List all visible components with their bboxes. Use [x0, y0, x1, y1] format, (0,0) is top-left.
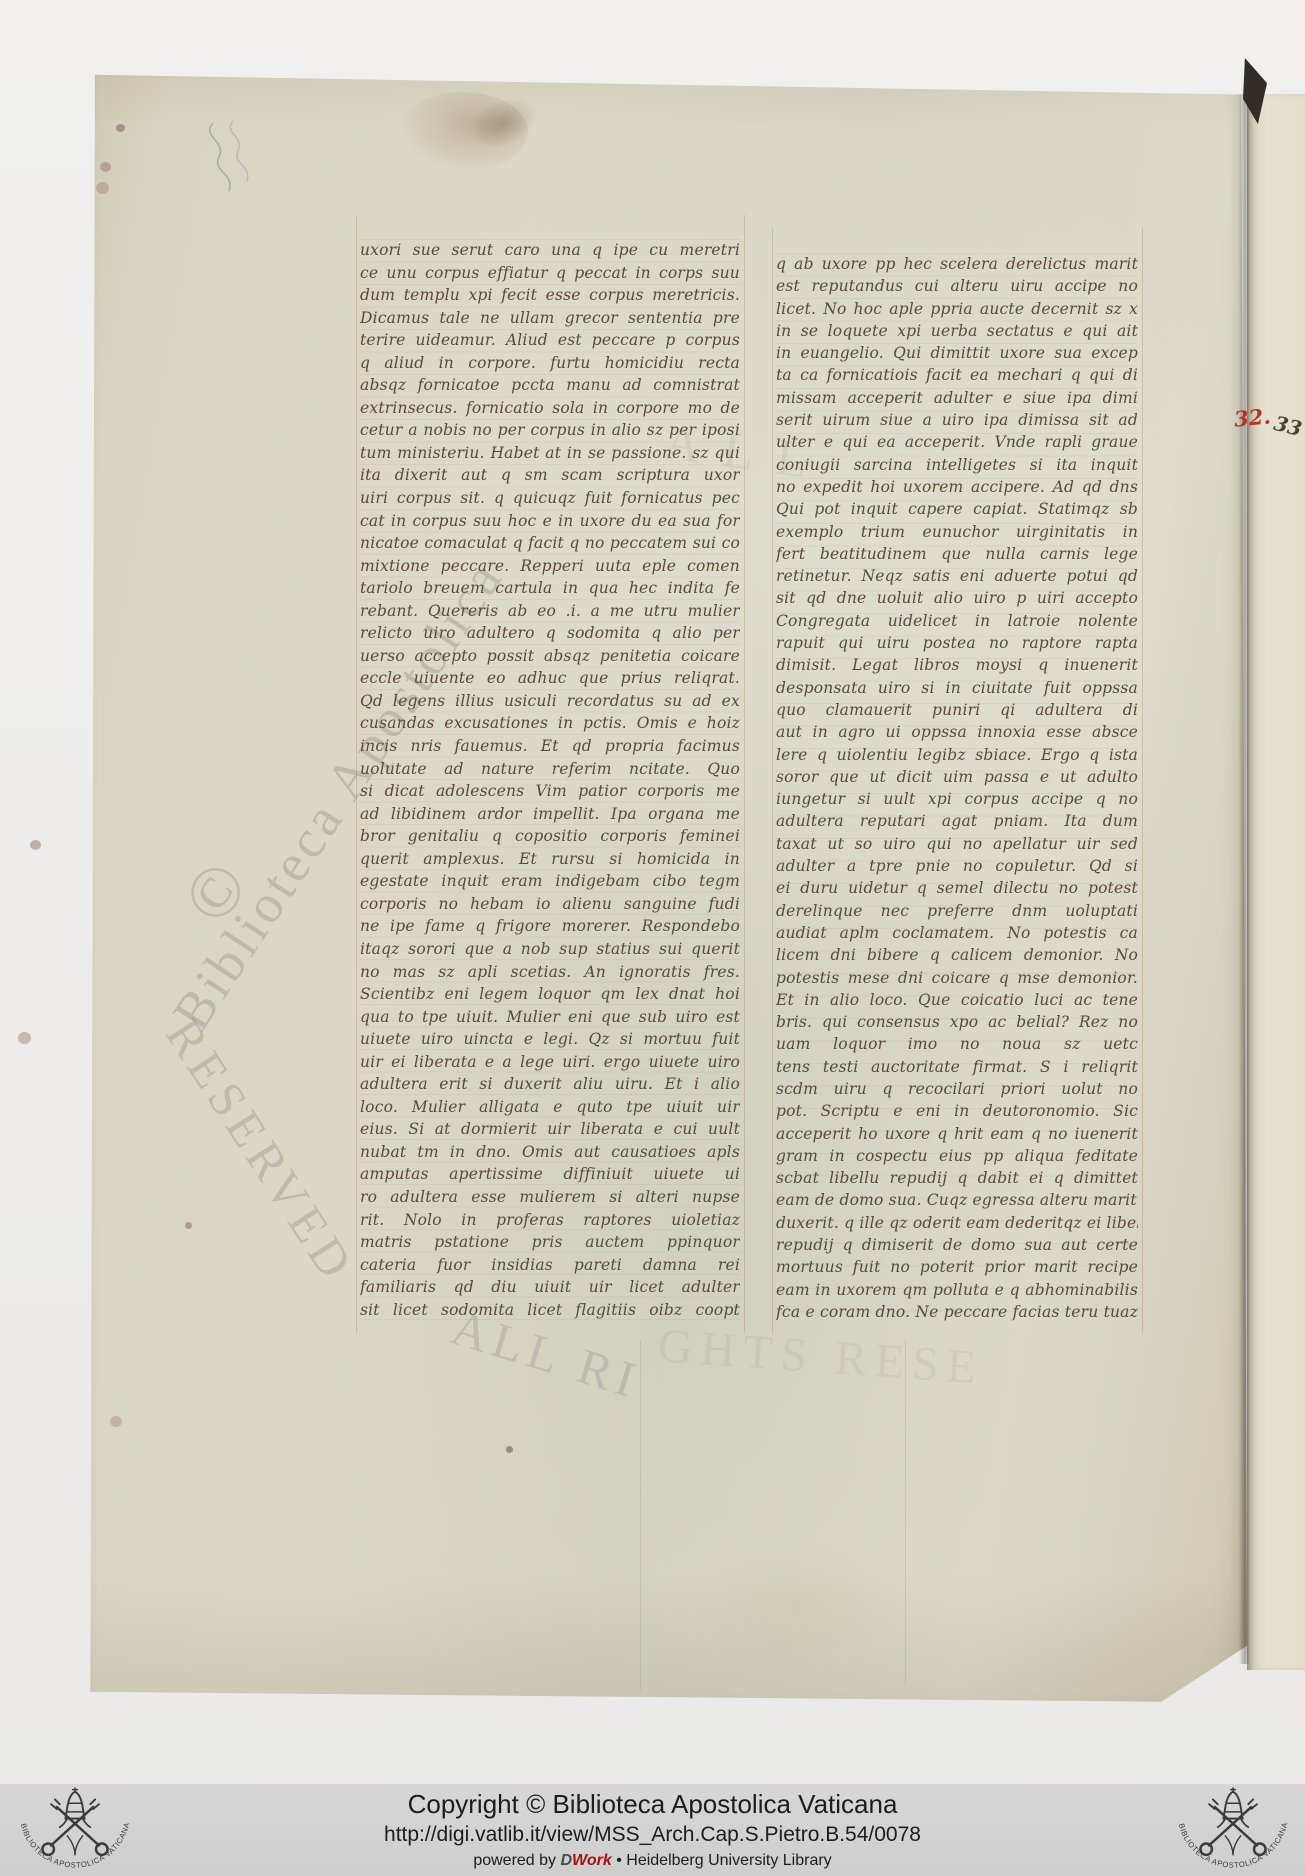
manuscript-line: fca e coram dno. Ne peccare facias teru …: [776, 1301, 1138, 1323]
manuscript-line: itaqz sorori que a nob sup statius sui q…: [360, 938, 740, 961]
manuscript-line: scdm uiru q recocilari priori uolut no: [776, 1078, 1138, 1100]
manuscript-line: dum templu xpi fecit esse corpus meretri…: [360, 284, 740, 307]
manuscript-line: no expedit hoi uxorem accipere. Ad qd dn…: [776, 476, 1138, 498]
manuscript-line: desponsata uiro si in ciuitate fuit opps…: [776, 677, 1138, 699]
footer-url-text: http://digi.vatlib.it/view/MSS_Arch.Cap.…: [0, 1823, 1305, 1847]
manuscript-line: in se loquete xpi uerba sectatus e qui a…: [776, 320, 1138, 342]
manuscript-line: Qd legens illius usiculi recordatus su a…: [360, 690, 740, 713]
manuscript-line: ne ipe fame q frigore morerer. Respondeb…: [360, 915, 740, 938]
manuscript-line: rit. Nolo in proferas raptores uioletiaz: [360, 1209, 740, 1232]
manuscript-line: duxerit. q ille qz oderit eam dederitqz …: [776, 1212, 1138, 1234]
manuscript-line: uolutate ad nature referim ncitate. Quo: [360, 758, 740, 781]
manuscript-line: pot. Scriptu e eni in deutoronomio. Sic: [776, 1100, 1138, 1122]
manuscript-line: rebant. Quereris ab eo .i. a me utru mul…: [360, 600, 740, 623]
manuscript-line: acceperit ho uxore q hrit eam q no iuene…: [776, 1123, 1138, 1145]
stain-spot: [30, 840, 41, 850]
manuscript-line: ce unu corpus effiatur q peccat in corps…: [360, 262, 740, 285]
ruling-line: [772, 228, 773, 1333]
manuscript-line: eccle uiuente eo adhuc que prius reliqra…: [360, 667, 740, 690]
manuscript-line: soror que ut dicit uim passa e ut adulto: [776, 766, 1138, 788]
footer-copyright-band: BIBLIOTECA APOSTOLICA VATICANA BIBLIOTEC…: [0, 1784, 1305, 1876]
manuscript-line: sit licet sodomita licet flagitiis oibz …: [360, 1299, 740, 1322]
manuscript-line: loco. Mulier alligata e quto tpe uiuit u…: [360, 1096, 740, 1119]
manuscript-line: Congregata uidelicet in latroie nolente: [776, 610, 1138, 632]
manuscript-line: exemplo trium eunuchor uirginitatis in: [776, 521, 1138, 543]
manuscript-line: quo clamauerit puniri qi adultera di: [776, 699, 1138, 721]
manuscript-line: egestate inquit eram indigebam cibo tegm: [360, 870, 740, 893]
manuscript-line: lere q uiolentiu legibz sbiace. Ergo q i…: [776, 744, 1138, 766]
manuscript-line: tens testi auctoritate firmat. S i reliq…: [776, 1056, 1138, 1078]
stain-spot: [18, 1032, 31, 1044]
manuscript-line: dimisit. Legat libros moysi q inuenerit: [776, 654, 1138, 676]
manuscript-line: bror genitaliu q copositio corporis femi…: [360, 825, 740, 848]
manuscript-line: sit qd dne uoluit alio uiro p uiri accep…: [776, 587, 1138, 609]
manuscript-left-column: uxori sue serut caro una q ipe cu meretr…: [360, 239, 740, 1321]
manuscript-line: uam loquor imo no noua sz uetc: [776, 1033, 1138, 1055]
dwork-logo-work: Work: [572, 1852, 612, 1869]
manuscript-line: uir ei liberata e a lege uiri. ergo uiue…: [360, 1051, 740, 1074]
manuscript-line: scbat libellu repudij q dabit ei q dimit…: [776, 1167, 1138, 1189]
manuscript-right-column: q ab uxore pp hec scelera derelictus mar…: [776, 253, 1138, 1323]
manuscript-line: si dicat adolescens Vim patior corporis …: [360, 780, 740, 803]
parchment-crease: [640, 1340, 641, 1690]
manuscript-line: cateria fuor insidias pareti damna rei: [360, 1254, 740, 1277]
manuscript-line: relicto uiro adultero q sodomita q alio …: [360, 622, 740, 645]
ruling-line: [1142, 228, 1143, 1333]
manuscript-line: repudij q dimiserit de domo sua aut cert…: [776, 1234, 1138, 1256]
manuscript-line: terire uideamur. Aliud est peccare p cor…: [360, 329, 740, 352]
manuscript-line: Dicamus tale ne ullam grecor sententia p…: [360, 307, 740, 330]
manuscript-line: Scientibz eni legem loquor qm lex dnat h…: [360, 983, 740, 1006]
manuscript-line: extrinsecus. fornicatio sola in corpore …: [360, 397, 740, 420]
manuscript-line: ita dixerit aut q sm scam scriptura uxor: [360, 464, 740, 487]
page-edge-shadow: [1239, 94, 1249, 1664]
manuscript-line: uxori sue serut caro una q ipe cu meretr…: [360, 239, 740, 262]
manuscript-line: incis nris fauemus. Et qd propria facimu…: [360, 735, 740, 758]
powered-prefix: powered by: [473, 1852, 560, 1869]
manuscript-line: matris pstatione pris auctem ppinquor: [360, 1231, 740, 1254]
manuscript-line: audiat aplm coclamatem. No potestis ca: [776, 922, 1138, 944]
manuscript-line: uerso accepto possit absqz penitetia coi…: [360, 645, 740, 668]
next-folio-edge: [1247, 94, 1305, 1670]
manuscript-line: corporis no hebam io alienu sanguine fud…: [360, 893, 740, 916]
manuscript-line: uiuete uiro uincta e legi. Qz si mortuu …: [360, 1028, 740, 1051]
manuscript-line: absqz fornicatoe pccta manu ad comnistra…: [360, 374, 740, 397]
manuscript-line: adulter a tpre pnie no copuletur. Qd si: [776, 855, 1138, 877]
footer-powered-by-text: powered by DWork • Heidelberg University…: [0, 1852, 1305, 1870]
manuscript-line: licem dni bibere q calicem demonior. No: [776, 944, 1138, 966]
manuscript-line: adultera reputari agat pniam. Ita dum: [776, 810, 1138, 832]
manuscript-line: derelinque nec preferre dnm uoluptati: [776, 900, 1138, 922]
manuscript-line: cetur a nobis no per corpus in alio sz p…: [360, 419, 740, 442]
manuscript-line: nicatoe comaculat q facit q no peccatem …: [360, 532, 740, 555]
manuscript-line: ei duru uidetur q semel dilectu no potes…: [776, 877, 1138, 899]
scanned-manuscript-viewer: © Biblioteca Apostolica RESERVED ALL RI …: [0, 0, 1305, 1876]
parchment-crease: [905, 1340, 906, 1685]
manuscript-line: rapuit qui uiru postea no raptore rapta: [776, 632, 1138, 654]
manuscript-line: potestis mese dni coicare q mse demonior…: [776, 967, 1138, 989]
manuscript-line: coniugii sarcina intelligetes si ita inq…: [776, 454, 1138, 476]
manuscript-line: eam de domo sua. Cuqz egressa alteru mar…: [776, 1189, 1138, 1211]
manuscript-line: ulter e qui ea acceperit. Vnde rapli gra…: [776, 431, 1138, 453]
manuscript-line: adultera erit si duxerit aliu uiru. Et i…: [360, 1073, 740, 1096]
manuscript-line: ad libidinem ardor impellit. Ipa organa …: [360, 803, 740, 826]
manuscript-line: iungetur si uult xpi corpus accipe q no: [776, 788, 1138, 810]
manuscript-line: qua to tpe uiuit. Mulier eni que sub uir…: [360, 1006, 740, 1029]
manuscript-line: licet. No hoc aple ppria aucte decernit …: [776, 298, 1138, 320]
manuscript-line: serit uirum siue a uiro ipa dimissa sit …: [776, 409, 1138, 431]
manuscript-line: q ab uxore pp hec scelera derelictus mar…: [776, 253, 1138, 275]
manuscript-line: cat in corpus suu hoc e in uxore du ea s…: [360, 510, 740, 533]
ruling-line: [744, 215, 745, 1333]
dwork-logo-d: D: [560, 1852, 572, 1869]
manuscript-line: Qui pot inquit capere capiat. Statimqz s…: [776, 498, 1138, 520]
manuscript-line: in euangelio. Qui dimittit uxore sua exc…: [776, 342, 1138, 364]
manuscript-line: bris. qui consensus xpo ac belial? Rez n…: [776, 1011, 1138, 1033]
manuscript-line: querit amplexus. Et rursu si homicida in: [360, 848, 740, 871]
manuscript-line: mixtione peccare. Repperi uuta eple come…: [360, 555, 740, 578]
manuscript-line: tum ministeriu. Habet at in se passione.…: [360, 442, 740, 465]
manuscript-line: mortuus fuit no poterit prior marit reci…: [776, 1256, 1138, 1278]
manuscript-line: cusandas excusationes in pctis. Omis e h…: [360, 712, 740, 735]
manuscript-line: retinetur. Neqz satis eni aduerte potui …: [776, 565, 1138, 587]
manuscript-line: fert beatitudinem que nulla carnis lege: [776, 543, 1138, 565]
manuscript-line: tariolo breuem cartula in qua hec indita…: [360, 577, 740, 600]
manuscript-line: taxat ut so uiro qui no apellatur uir se…: [776, 833, 1138, 855]
powered-suffix: • Heidelberg University Library: [612, 1852, 832, 1869]
manuscript-line: no mas sz apli scetias. An ignoratis fre…: [360, 961, 740, 984]
manuscript-line: uiri corpus sit. q quicuqz fuit fornicat…: [360, 487, 740, 510]
manuscript-line: ta ca fornicatiois facit ea mechari q qu…: [776, 364, 1138, 386]
folio-number-red: 32.: [1233, 403, 1272, 431]
manuscript-line: eius. Si at dormierit uir liberata e cui…: [360, 1118, 740, 1141]
manuscript-line: missam acceperit adulter e siue ipa dimi: [776, 387, 1138, 409]
manuscript-line: familiaris qd diu uiuit uir licet adulte…: [360, 1276, 740, 1299]
manuscript-line: est reputandus cui alteru uiru accipe no: [776, 275, 1138, 297]
manuscript-line: eam in uxorem qm polluta e q abhominabil…: [776, 1279, 1138, 1301]
manuscript-line: amputas apertissime diffiniuit uiuete ui: [360, 1163, 740, 1186]
manuscript-line: Et in alio loco. Que coicatio luci ac te…: [776, 989, 1138, 1011]
manuscript-line: ro adultera esse mulierem si alteri nups…: [360, 1186, 740, 1209]
footer-copyright-text: Copyright © Biblioteca Apostolica Vatica…: [0, 1789, 1305, 1820]
manuscript-line: aut in agro ui oppssa innoxia esse absce: [776, 721, 1138, 743]
manuscript-line: nubat tm in dno. Omis aut causatioes apl…: [360, 1141, 740, 1164]
manuscript-line: q aliud in corpore. furtu homicidiu rect…: [360, 352, 740, 375]
manuscript-line: gram in cospectu eius pp aliqua feditate: [776, 1145, 1138, 1167]
